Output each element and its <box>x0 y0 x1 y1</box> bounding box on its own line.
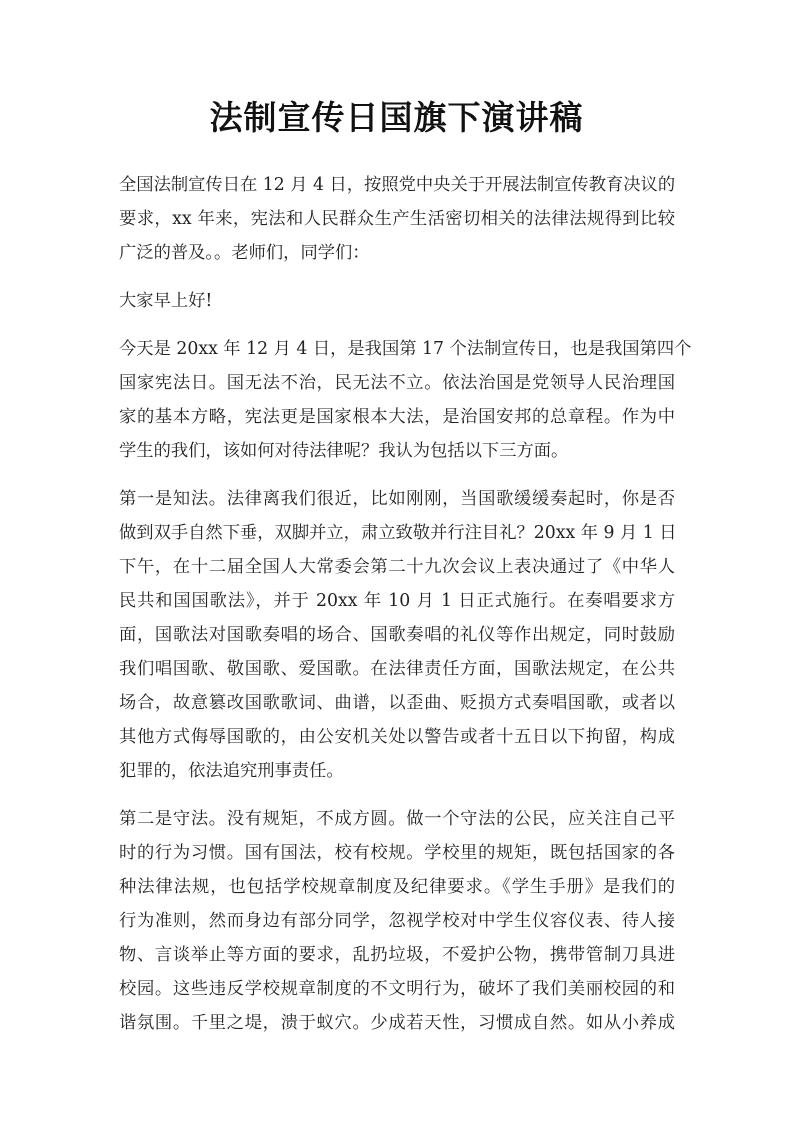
text-line: 我们唱国歌、敬国歌、爱国歌。在法律责任方面，国歌法规定，在公共 <box>119 652 675 686</box>
paragraph: 大家早上好! <box>119 284 675 318</box>
text-line: 要求，xx 年来，宪法和人民群众生产生活密切相关的法律法规得到比较 <box>119 202 675 236</box>
text-line: 校园。这些违反学校规章制度的不文明行为，破坏了我们美丽校园的和 <box>119 972 675 1006</box>
document-page: 法制宣传日国旗下演讲稿 全国法制宣传日在 12 月 4 日，按照党中央关于开展法… <box>0 0 793 1122</box>
text-line: 做到双手自然下垂，双脚并立，肃立致敬并行注目礼？20xx 年 9 月 1 日 <box>119 516 675 550</box>
text-line: 犯罪的，依法追究刑事责任。 <box>119 754 675 788</box>
text-line: 全国法制宣传日在 12 月 4 日，按照党中央关于开展法制宣传教育决议的 <box>119 168 675 202</box>
paragraph: 第二是守法。没有规矩，不成方圆。做一个守法的公民，应关注自己平时的行为习惯。国有… <box>119 802 675 1040</box>
text-line: 种法律法规，也包括学校规章制度及纪律要求。《学生手册》是我们的 <box>119 870 675 904</box>
text-line: 场合，故意篡改国歌歌词、曲谱，以歪曲、贬损方式奏唱国歌，或者以 <box>119 686 675 720</box>
text-line: 下午，在十二届全国人大常委会第二十九次会议上表决通过了《中华人 <box>119 550 675 584</box>
document-body: 全国法制宣传日在 12 月 4 日，按照党中央关于开展法制宣传教育决议的要求，x… <box>119 168 675 1054</box>
text-line: 其他方式侮辱国歌的，由公安机关处以警告或者十五日以下拘留，构成 <box>119 720 675 754</box>
text-line: 家的基本方略，宪法更是国家根本大法，是治国安邦的总章程。作为中 <box>119 400 675 434</box>
paragraph: 今天是 20xx 年 12 月 4 日，是我国第 17 个法制宣传日，也是我国第… <box>119 332 675 468</box>
text-line: 谐氛围。千里之堤，溃于蚁穴。少成若天性，习惯成自然。如从小养成 <box>119 1006 675 1040</box>
text-line: 第一是知法。法律离我们很近，比如刚刚，当国歌缓缓奏起时，你是否 <box>119 482 675 516</box>
paragraph: 全国法制宣传日在 12 月 4 日，按照党中央关于开展法制宣传教育决议的要求，x… <box>119 168 675 270</box>
text-line: 第二是守法。没有规矩，不成方圆。做一个守法的公民，应关注自己平 <box>119 802 675 836</box>
text-line: 物、言谈举止等方面的要求，乱扔垃圾，不爱护公物，携带管制刀具进 <box>119 938 675 972</box>
text-line: 大家早上好! <box>119 284 675 318</box>
text-line: 面，国歌法对国歌奏唱的场合、国歌奏唱的礼仪等作出规定，同时鼓励 <box>119 618 675 652</box>
text-line: 时的行为习惯。国有国法，校有校规。学校里的规矩，既包括国家的各 <box>119 836 675 870</box>
text-line: 国家宪法日。国无法不治，民无法不立。依法治国是党领导人民治理国 <box>119 366 675 400</box>
text-line: 民共和国国歌法》，并于 20xx 年 10 月 1 日正式施行。在奏唱要求方 <box>119 584 675 618</box>
text-line: 行为准则，然而身边有部分同学，忽视学校对中学生仪容仪表、待人接 <box>119 904 675 938</box>
document-title: 法制宣传日国旗下演讲稿 <box>0 96 793 140</box>
text-line: 学生的我们，该如何对待法律呢？我认为包括以下三方面。 <box>119 434 675 468</box>
text-line: 广泛的普及。。老师们，同学们： <box>119 236 675 270</box>
paragraph: 第一是知法。法律离我们很近，比如刚刚，当国歌缓缓奏起时，你是否做到双手自然下垂，… <box>119 482 675 788</box>
text-line: 今天是 20xx 年 12 月 4 日，是我国第 17 个法制宣传日，也是我国第… <box>119 332 675 366</box>
